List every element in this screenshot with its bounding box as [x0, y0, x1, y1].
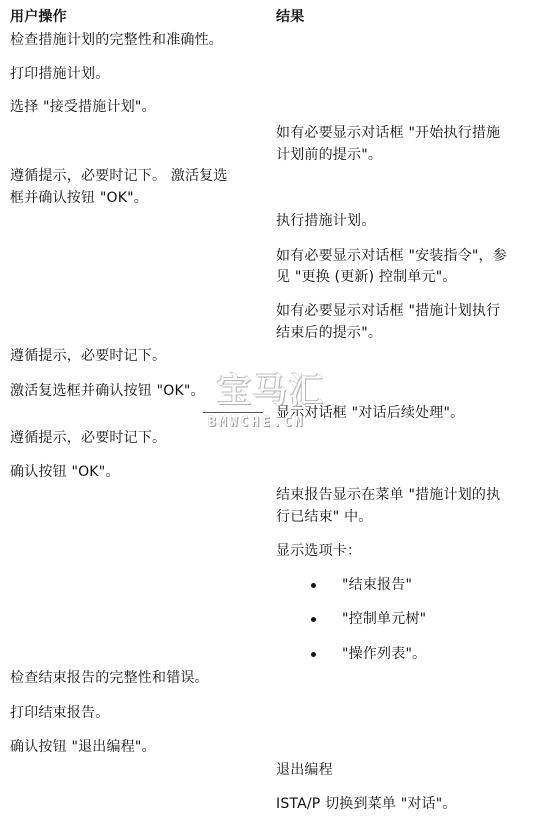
user-action-confirm-ok: 确认按钮 "OK"。	[10, 461, 120, 483]
result-show-tabs: 显示选项卡：	[276, 540, 361, 562]
bullet-icon	[311, 652, 316, 657]
tab-list-item-control-unit-tree: "控制单元树"	[342, 608, 426, 630]
user-action-check-plan: 检查措施计划的完整性和准确性。	[10, 29, 223, 51]
tab-list-item-action-list: "操作列表"。	[342, 643, 426, 665]
user-action-confirm-exit: 确认按钮 "退出编程"。	[10, 736, 156, 758]
result-end-dialog-line1: 如有必要显示对话框 "措施计划执行	[276, 300, 500, 322]
user-action-print-plan: 打印措施计划。	[10, 63, 109, 85]
result-install-dialog-line1: 如有必要显示对话框 "安装指令"，参	[276, 245, 507, 267]
result-end-dialog-line2: 结束后的提示"。	[276, 322, 382, 344]
result-final-report-line1: 结束报告显示在菜单 "措施计划的执	[276, 484, 500, 506]
result-start-dialog-line2: 计划前的提示"。	[276, 144, 382, 166]
user-action-follow-hints-line1: 遵循提示，必要时记下。 激活复选	[10, 165, 228, 187]
result-install-dialog-line2: 见 "更换 (更新) 控制单元"。	[276, 266, 457, 288]
result-switch-dialog-menu: ISTA/P 切换到菜单 "对话"。	[276, 793, 457, 815]
tab-list-item-final-report: "结束报告"	[342, 574, 412, 596]
result-final-report-line2: 行已结束" 中。	[276, 506, 373, 528]
user-action-follow-hints-line2: 框并确认按钮 "OK"。	[10, 187, 148, 209]
result-execute-plan: 执行措施计划。	[276, 210, 375, 232]
result-exit-programming: 退出编程	[276, 759, 333, 781]
result-followup-dialog: 显示对话框 "对话后续处理"。	[276, 402, 464, 424]
user-action-activate-checkbox: 激活复选框并确认按钮 "OK"。	[10, 380, 205, 402]
result-start-dialog-line1: 如有必要显示对话框 "开始执行措施	[276, 122, 500, 144]
bullet-icon	[311, 617, 316, 622]
user-action-follow-hints-3: 遵循提示，必要时记下。	[10, 427, 166, 449]
user-action-check-report: 检查结束报告的完整性和错误。	[10, 667, 209, 689]
column-header-user-action: 用户操作	[10, 6, 67, 28]
bullet-icon	[311, 583, 316, 588]
watermark-underline	[203, 412, 263, 413]
user-action-follow-hints-2: 遵循提示，必要时记下。	[10, 345, 166, 367]
column-header-result: 结果	[276, 6, 304, 28]
user-action-accept-plan: 选择 "接受措施计划"。	[10, 96, 156, 118]
user-action-print-report: 打印结束报告。	[10, 702, 109, 724]
